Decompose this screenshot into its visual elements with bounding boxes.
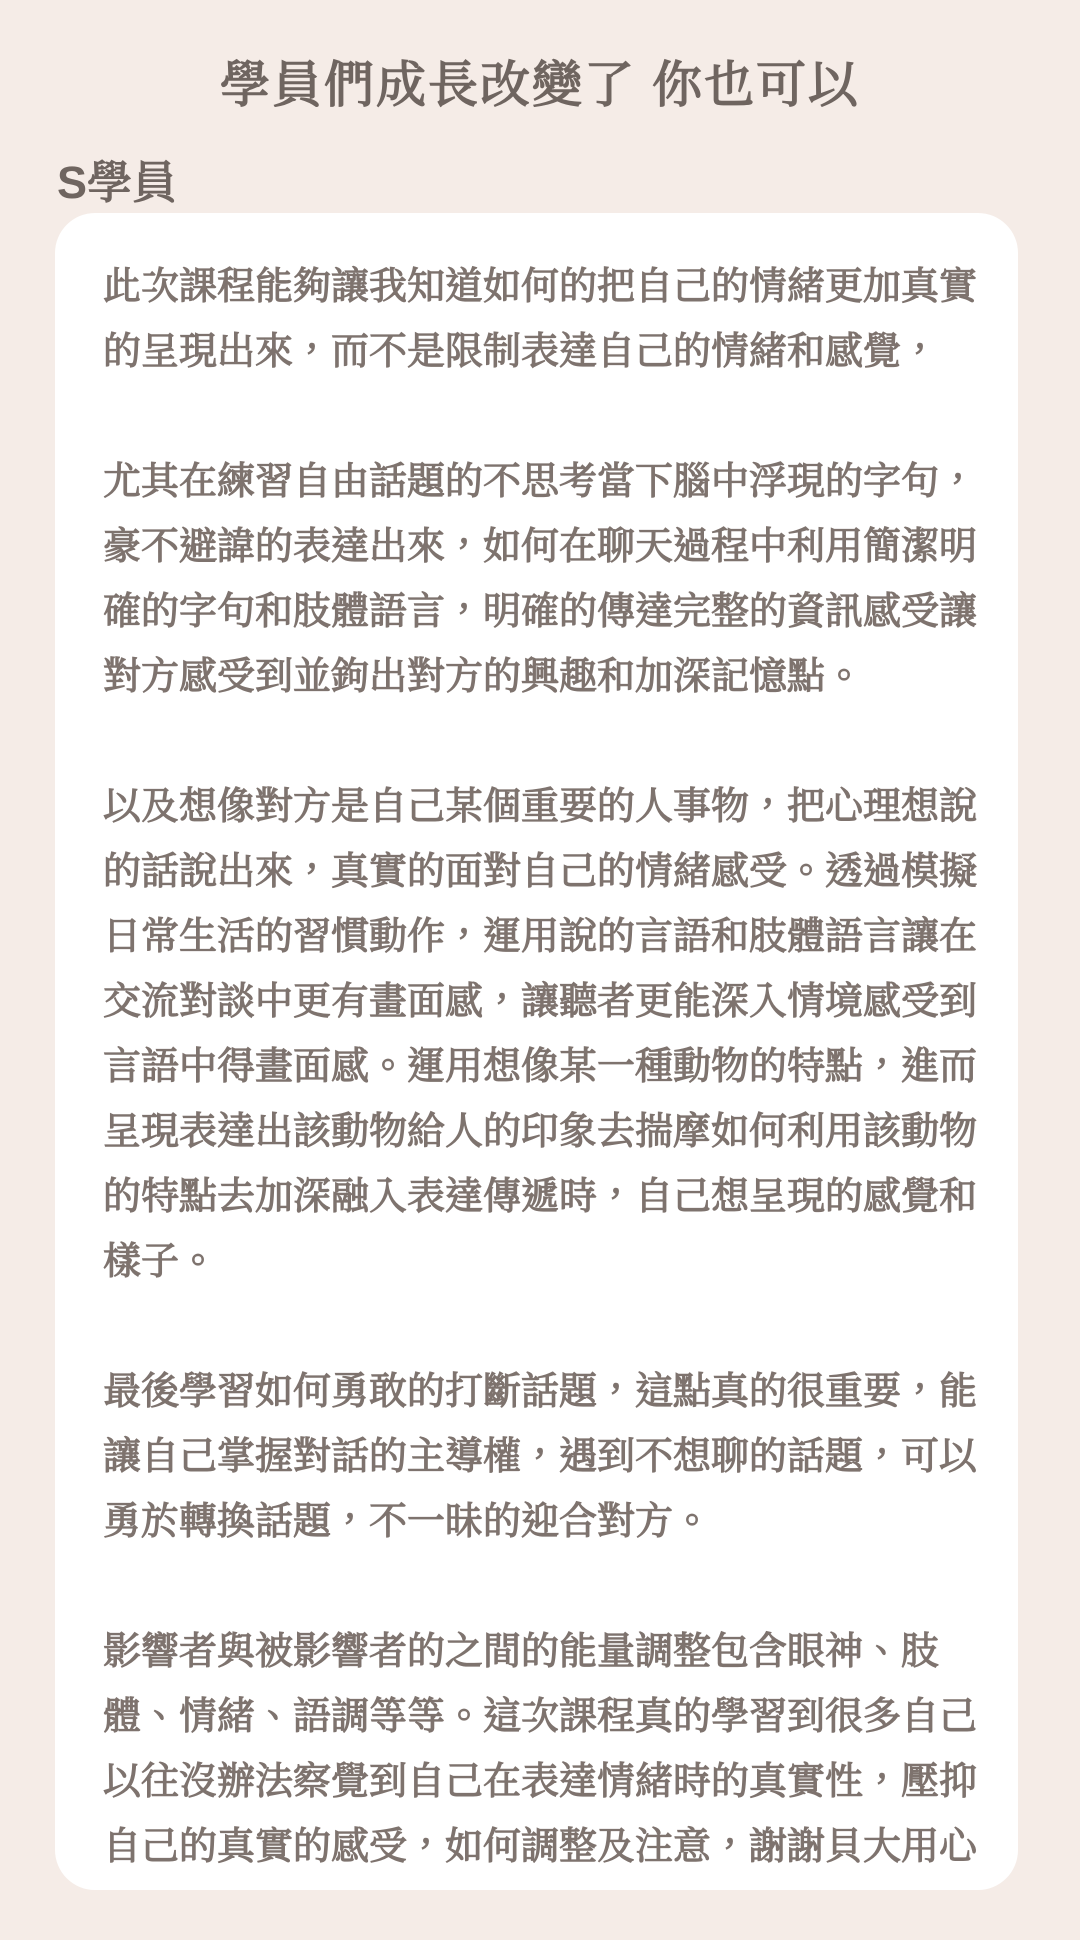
testimonial-card: 此次課程能夠讓我知道如何的把自己的情緒更加真實的呈現出來，而不是限制表達自己的情…: [55, 213, 1018, 1890]
testimonial-paragraph: 最後學習如何勇敢的打斷話題，這點真的很重要，能讓自己掌握對話的主導權，遇到不想聊…: [103, 1360, 984, 1555]
testimonial-paragraph: 影響者與被影響者的之間的能量調整包含眼神、肢體、情緒、語調等等。這次課程真的學習…: [103, 1620, 984, 1890]
testimonial-paragraph: 此次課程能夠讓我知道如何的把自己的情緒更加真實的呈現出來，而不是限制表達自己的情…: [103, 255, 984, 385]
student-label: S學員: [57, 146, 177, 211]
testimonial-paragraph: 以及想像對方是自己某個重要的人事物，把心理想說的話說出來，真實的面對自己的情緒感…: [103, 775, 984, 1295]
page-title: 學員們成長改變了 你也可以: [0, 45, 1080, 117]
testimonial-paragraph: 尤其在練習自由話題的不思考當下腦中浮現的字句，豪不避諱的表達出來，如何在聊天過程…: [103, 450, 984, 710]
testimonial-page: 學員們成長改變了 你也可以 S學員 此次課程能夠讓我知道如何的把自己的情緒更加真…: [0, 0, 1080, 1940]
